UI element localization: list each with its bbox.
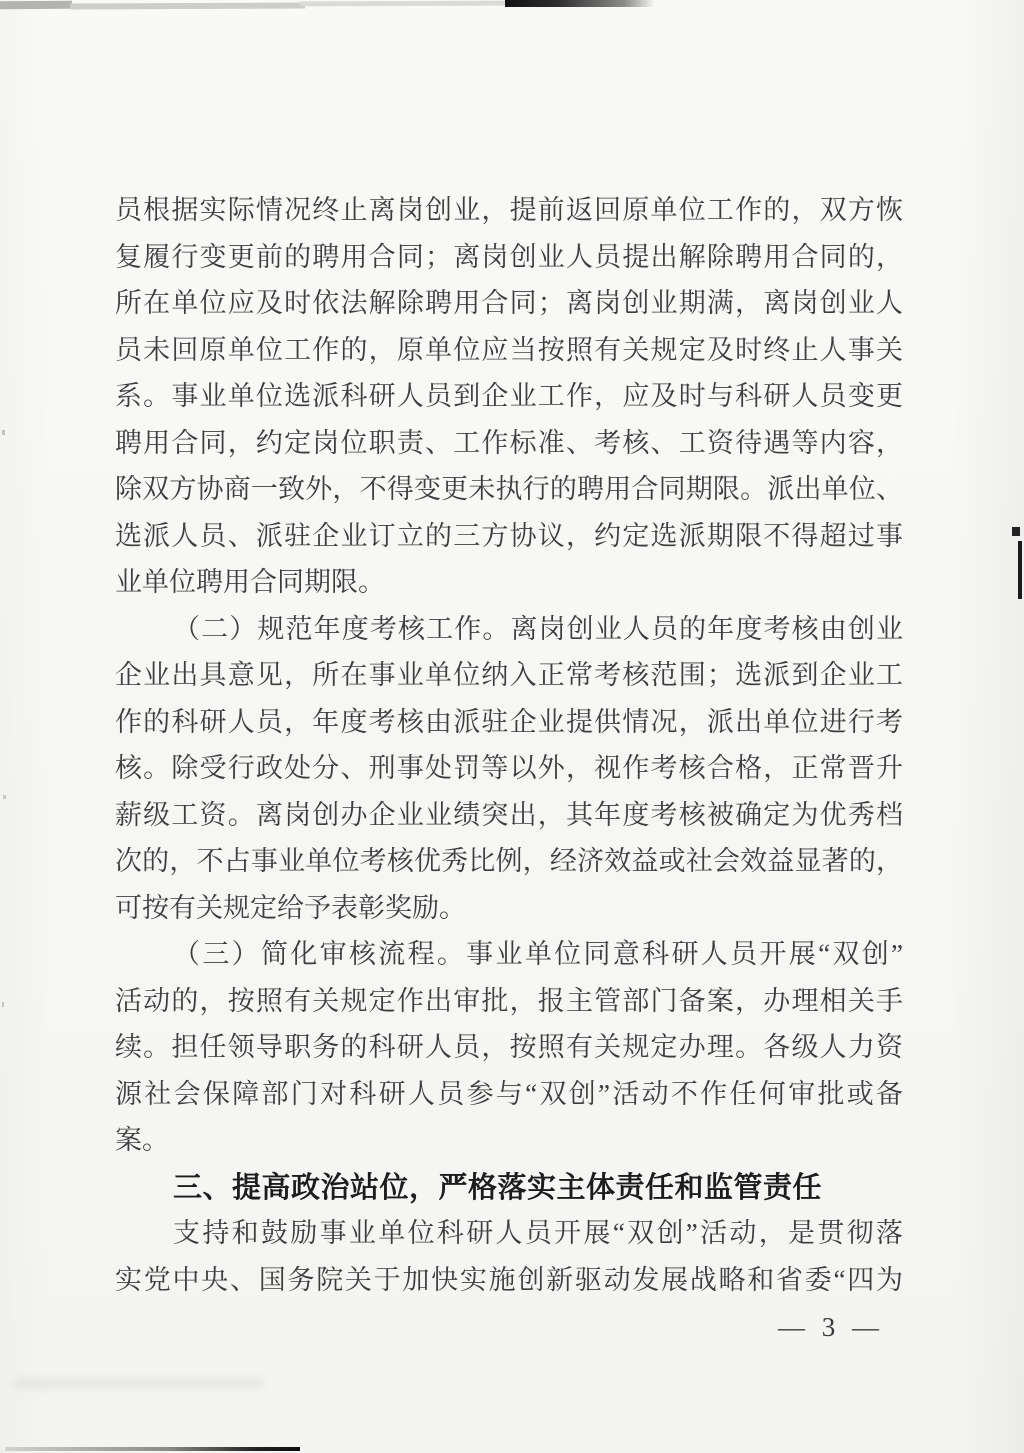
body-line: 源社会保障部门对科研人员参与“双创”活动不作任何审批或备 (115, 1071, 903, 1118)
body-line: 作的科研人员，年度考核由派驻企业提供情况，派出单位进行考 (115, 699, 903, 746)
body-line: 薪级工资。离岗创办企业业绩突出，其年度考核被确定为优秀档 (115, 792, 903, 839)
body-line: 除双方协商一致外，不得变更未执行的聘用合同期限。派出单位、 (115, 466, 903, 513)
body-line: 员未回原单位工作的，原单位应当按照有关规定及时终止人事关 (115, 327, 903, 374)
page-number: — 3 — (778, 1312, 884, 1343)
section-heading: 三、提高政治站位，严格落实主体责任和监管责任 (115, 1164, 903, 1211)
scan-artifact-right-dot (1012, 527, 1020, 536)
paragraph-first-line: （三）简化审核流程。事业单位同意科研人员开展“双创” (115, 931, 903, 978)
body-line: 企业出具意见，所在事业单位纳入正常考核范围；选派到企业工 (115, 652, 903, 699)
paragraph-first-line: 支持和鼓励事业单位科研人员开展“双创”活动，是贯彻落 (115, 1210, 903, 1257)
scanned-document-page: 员根据实际情况终止离岗创业，提前返回原单位工作的，双方恢 复履行变更前的聘用合同… (0, 0, 1024, 1453)
scan-speck (3, 795, 6, 799)
body-line: 所在单位应及时依法解除聘用合同；离岗创业期满，离岗创业人 (115, 280, 903, 327)
scan-artifact-top-dark-strip (505, 0, 655, 7)
scan-speck (2, 1002, 4, 1007)
body-line: 活动的，按照有关规定作出审批，报主管部门备案，办理相关手 (115, 978, 903, 1025)
body-line: 复履行变更前的聘用合同；离岗创业人员提出解除聘用合同的， (115, 234, 903, 281)
body-line: 续。担任领导职务的科研人员，按照有关规定办理。各级人力资 (115, 1024, 903, 1071)
scan-artifact-top-edge (0, 1, 72, 9)
paragraph-last-line: 可按有关规定给予表彰奖励。 (115, 885, 903, 932)
body-line: 聘用合同，约定岗位职责、工作标准、考核、工资待遇等内容， (115, 420, 903, 467)
paragraph-first-line: （二）规范年度考核工作。离岗创业人员的年度考核由创业 (115, 606, 903, 653)
scan-speck (2, 430, 5, 435)
paragraph-last-line: 业单位聘用合同期限。 (115, 559, 903, 606)
scan-artifact-top-edge (300, 1, 508, 7)
document-body: 员根据实际情况终止离岗创业，提前返回原单位工作的，双方恢 复履行变更前的聘用合同… (115, 187, 903, 1303)
scan-smudge-bottom-left (14, 1379, 264, 1388)
paragraph-last-line: 案。 (115, 1117, 903, 1164)
body-line: 实党中央、国务院关于加快实施创新驱动发展战略和省委“四为 (115, 1257, 903, 1304)
body-line: 选派人员、派驻企业订立的三方协议，约定选派期限不得超过事 (115, 513, 903, 560)
body-line: 员根据实际情况终止离岗创业，提前返回原单位工作的，双方恢 (115, 187, 903, 234)
scan-artifact-top-edge (70, 2, 305, 9)
scan-artifact-right-bar (1018, 541, 1022, 599)
body-line: 核。除受行政处分、刑事处罚等以外，视作考核合格，正常晋升 (115, 745, 903, 792)
body-line: 次的，不占事业单位考核优秀比例，经济效益或社会效益显著的， (115, 838, 903, 885)
scan-artifact-bottom-strip (5, 1447, 300, 1451)
body-line: 系。事业单位选派科研人员到企业工作，应及时与科研人员变更 (115, 373, 903, 420)
